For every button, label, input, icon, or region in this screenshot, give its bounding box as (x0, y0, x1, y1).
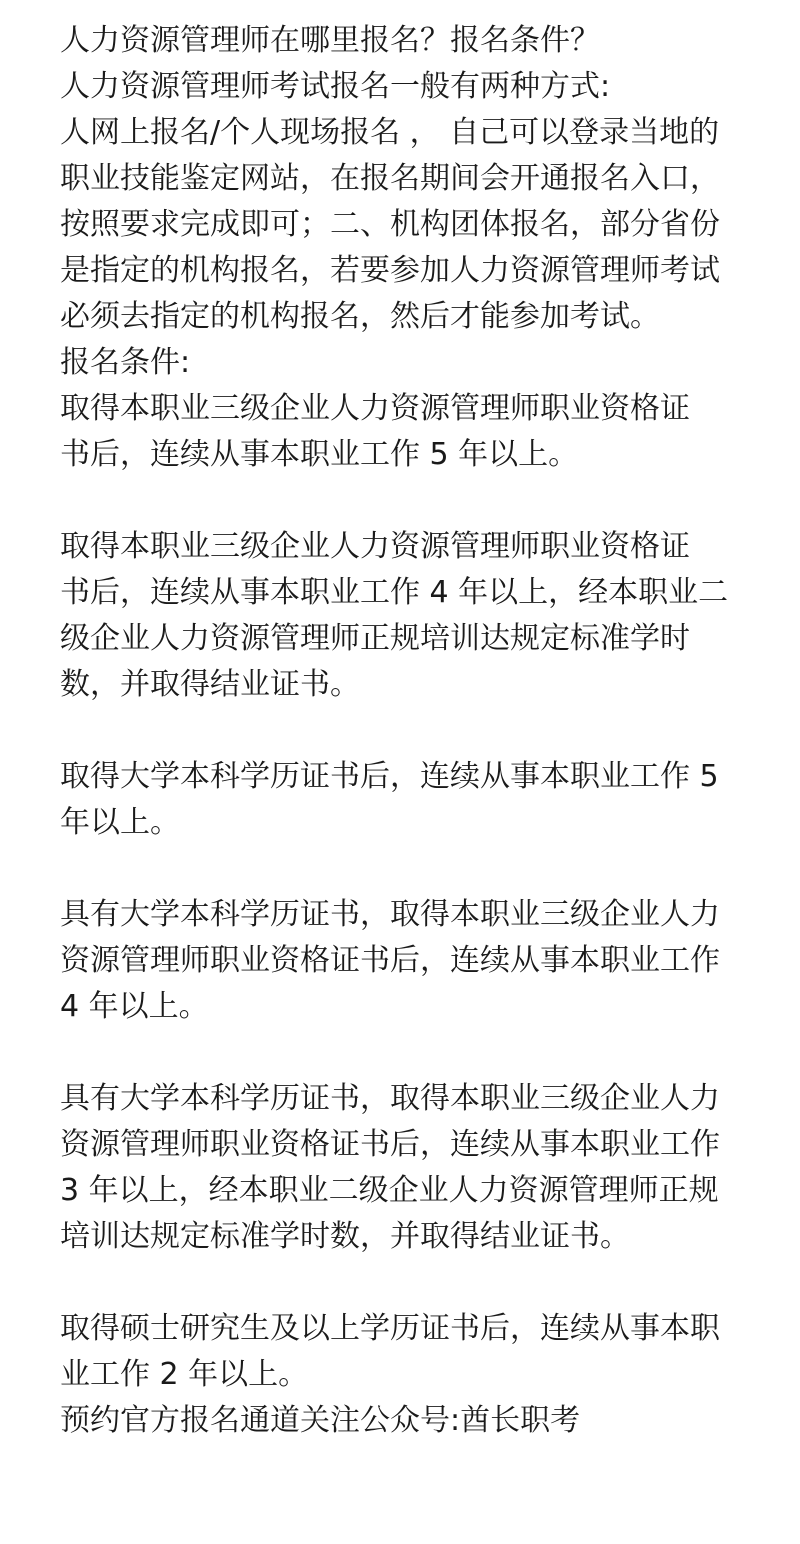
article-title: 人力资源管理师在哪里报名？报名条件？ (60, 18, 760, 64)
intro-line: 必须去指定的机构报名，然后才能参加考试。 (60, 294, 760, 340)
condition-line: 数，并取得结业证书。 (60, 662, 760, 708)
paragraph-spacer (60, 1030, 760, 1076)
paragraph-spacer (60, 1260, 760, 1306)
condition-line: 资源管理师职业资格证书后，连续从事本职业工作 (60, 938, 760, 984)
footer-promo-text: 预约官方报名通道关注公众号:酋长职考 (60, 1398, 760, 1444)
intro-paragraph: 人力资源管理师考试报名一般有两种方式: 人网上报名/个人现场报名 ， 自己可以登… (60, 64, 760, 340)
intro-line: 是指定的机构报名，若要参加人力资源管理师考试 (60, 248, 760, 294)
paragraph-spacer (60, 478, 760, 524)
condition-line: 年以上。 (60, 800, 760, 846)
intro-line: 职业技能鉴定网站，在报名期间会开通报名入口， (60, 156, 760, 202)
intro-line: 人力资源管理师考试报名一般有两种方式: (60, 64, 760, 110)
condition-line: 具有大学本科学历证书，取得本职业三级企业人力 (60, 1076, 760, 1122)
condition-item-5: 具有大学本科学历证书，取得本职业三级企业人力 资源管理师职业资格证书后，连续从事… (60, 1076, 760, 1260)
condition-item-6: 取得硕士研究生及以上学历证书后，连续从事本职 业工作 2 年以上。 (60, 1306, 760, 1398)
condition-line: 书后，连续从事本职业工作 5 年以上。 (60, 432, 760, 478)
condition-line: 3 年以上，经本职业二级企业人力资源管理师正规 (60, 1168, 760, 1214)
condition-item-3: 取得大学本科学历证书后，连续从事本职业工作 5 年以上。 (60, 754, 760, 846)
condition-line: 书后，连续从事本职业工作 4 年以上，经本职业二 (60, 570, 760, 616)
condition-line: 取得本职业三级企业人力资源管理师职业资格证 (60, 524, 760, 570)
conditions-heading: 报名条件: (60, 340, 760, 386)
condition-item-1: 取得本职业三级企业人力资源管理师职业资格证 书后，连续从事本职业工作 5 年以上… (60, 386, 760, 478)
intro-line: 按照要求完成即可；二、机构团体报名，部分省份 (60, 202, 760, 248)
condition-line: 4 年以上。 (60, 984, 760, 1030)
condition-line: 取得大学本科学历证书后，连续从事本职业工作 5 (60, 754, 760, 800)
condition-line: 业工作 2 年以上。 (60, 1352, 760, 1398)
condition-line: 培训达规定标准学时数，并取得结业证书。 (60, 1214, 760, 1260)
condition-item-2: 取得本职业三级企业人力资源管理师职业资格证 书后，连续从事本职业工作 4 年以上… (60, 524, 760, 708)
article-body: 人力资源管理师在哪里报名？报名条件？ 人力资源管理师考试报名一般有两种方式: 人… (60, 18, 760, 1444)
condition-line: 级企业人力资源管理师正规培训达规定标准学时 (60, 616, 760, 662)
condition-line: 资源管理师职业资格证书后，连续从事本职业工作 (60, 1122, 760, 1168)
condition-line: 取得硕士研究生及以上学历证书后，连续从事本职 (60, 1306, 760, 1352)
condition-item-4: 具有大学本科学历证书，取得本职业三级企业人力 资源管理师职业资格证书后，连续从事… (60, 892, 760, 1030)
paragraph-spacer (60, 846, 760, 892)
condition-line: 具有大学本科学历证书，取得本职业三级企业人力 (60, 892, 760, 938)
intro-line: 人网上报名/个人现场报名 ， 自己可以登录当地的 (60, 110, 760, 156)
paragraph-spacer (60, 708, 760, 754)
condition-line: 取得本职业三级企业人力资源管理师职业资格证 (60, 386, 760, 432)
